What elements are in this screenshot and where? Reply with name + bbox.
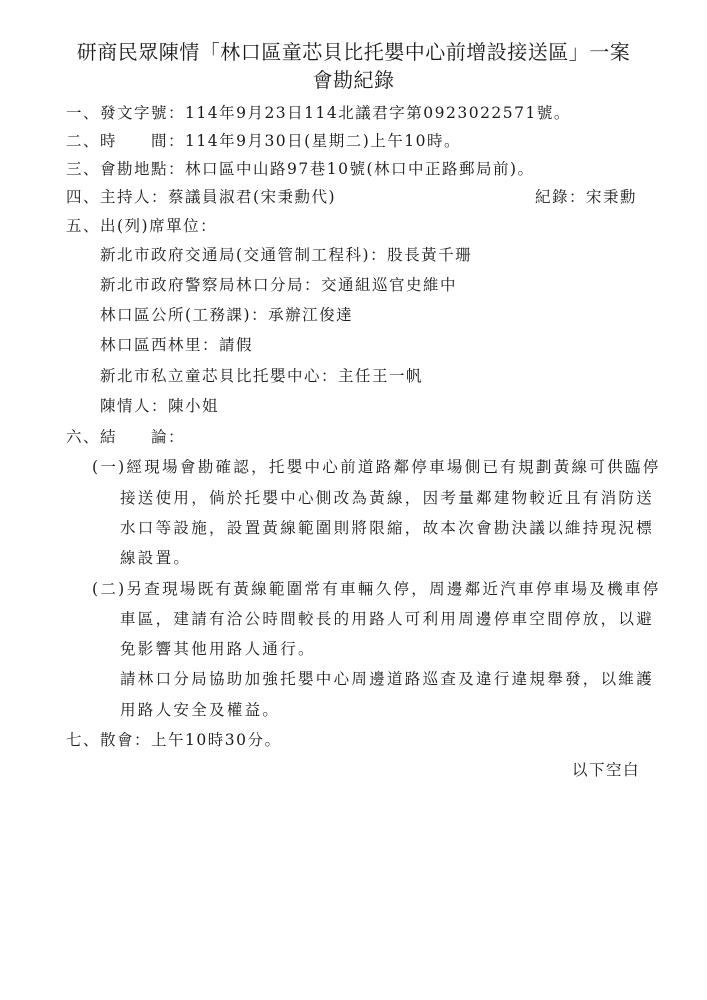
attendees-heading: 五、出(列)席單位： [66, 216, 217, 236]
attendee: 新北市私立童芯貝比托嬰中心：主任王一帆 [100, 366, 423, 386]
item-recorder: 紀錄：宋秉勳 [535, 187, 637, 207]
document-subtitle: 會勘紀錄 [0, 68, 707, 92]
item-document-number: 一、發文字號：114年9月23日114北議君字第0923022571號。 [66, 103, 571, 123]
end-note: 以下空白 [572, 760, 640, 780]
item-host: 四、主持人：蔡議員淑君(宋秉勳代) [66, 187, 336, 207]
conclusion-2-line: 車區，建請有洽公時間較長的用路人可利用周邊停車空間停放，以避 [120, 609, 654, 629]
conclusion-1-line: 線設置。 [120, 548, 191, 568]
conclusion-1-line: (一)經現場會勘確認，托嬰中心前道路鄰停車場側已有規劃黃線可供臨停 [92, 457, 661, 477]
attendee: 陳情人：陳小姐 [100, 396, 219, 416]
conclusion-1-line: 水口等設施，設置黃線範圍則將限縮，故本次會勘決議以維持現況標 [120, 518, 654, 538]
conclusion-1-line: 接送使用，倘於托嬰中心側改為黃線，因考量鄰建物較近且有消防送 [120, 488, 654, 508]
document-title: 研商民眾陳情「林口區童芯貝比托嬰中心前增設接送區」一案 [0, 40, 707, 64]
attendee: 新北市政府交通局(交通管制工程科)：股長黃千珊 [100, 245, 472, 265]
conclusion-heading: 六、結 論： [66, 427, 185, 447]
conclusion-2-line: (二)另查現場既有黃線範圍常有車輛久停，周邊鄰近汽車停車場及機車停 [92, 579, 661, 599]
conclusion-2-line: 免影響其他用路人通行。 [120, 639, 316, 659]
item-time: 二、時 間：114年9月30日(星期二)上午10時。 [66, 131, 461, 151]
item-adjourn: 七、散會：上午10時30分。 [66, 730, 281, 750]
attendee: 新北市政府警察局林口分局：交通組巡官史維中 [100, 275, 457, 295]
attendee: 林口區西林里：請假 [100, 335, 253, 355]
attendee: 林口區公所(工務課)：承辦江俊達 [100, 305, 353, 325]
conclusion-2-line: 用路人安全及權益。 [120, 700, 280, 720]
item-location: 三、會勘地點：林口區中山路97巷10號(林口中正路郵局前)。 [66, 159, 535, 179]
document-page: 研商民眾陳情「林口區童芯貝比托嬰中心前增設接送區」一案 會勘紀錄 一、發文字號：… [0, 0, 707, 1000]
conclusion-2-line: 請林口分局協助加強托嬰中心周邊道路巡查及違行違規舉發，以維護 [120, 669, 654, 689]
